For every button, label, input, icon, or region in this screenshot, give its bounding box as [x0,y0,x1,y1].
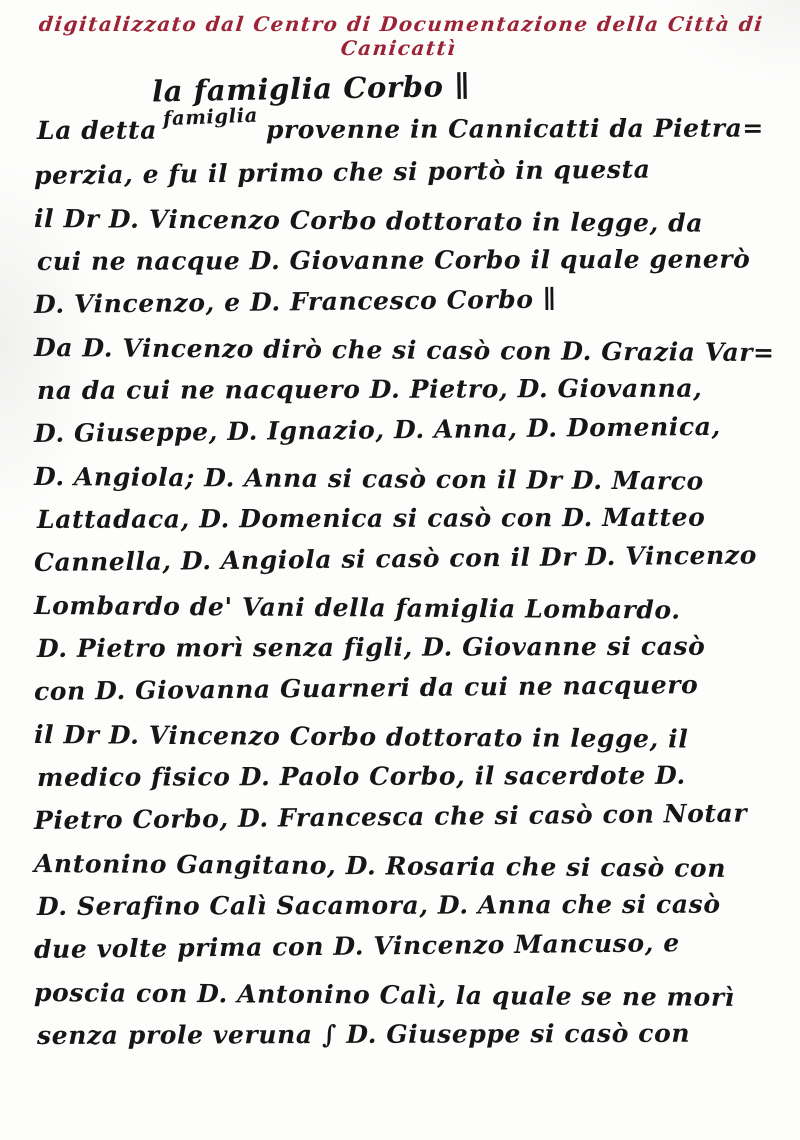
interlinear-insertion: famiglia [162,94,259,141]
manuscript-line: due volte prima con D. Vincenzo Mancuso,… [34,920,782,971]
manuscript-body: la famiglia Corbo ∥ La dettafamigliaprov… [34,66,782,1057]
manuscript-line: Pietro Corbo, D. Francesca che si casò c… [34,791,782,842]
digitization-credit-line: digitalizzato dal Centro di Documentazio… [0,12,800,60]
manuscript-line: Cannella, D. Angiola si casò con il Dr D… [34,533,782,584]
manuscript-line: D. Giuseppe, D. Ignazio, D. Anna, D. Dom… [34,404,782,455]
manuscript-line: con D. Giovanna Guarneri da cui ne nacqu… [34,662,782,713]
manuscript-line: perzia, e fu il primo che si portò in qu… [34,146,782,197]
opening-pre-text: La detta [37,116,157,145]
manuscript-line: senza prole veruna ∫ D. Giuseppe si casò… [37,1011,785,1057]
scanned-manuscript-page: digitalizzato dal Centro di Documentazio… [0,0,800,1140]
opening-post-text: provenne in Cannicatti da Pietra= [266,113,764,144]
manuscript-line: D. Vincenzo, e D. Francesco Corbo ∥ [34,275,782,326]
